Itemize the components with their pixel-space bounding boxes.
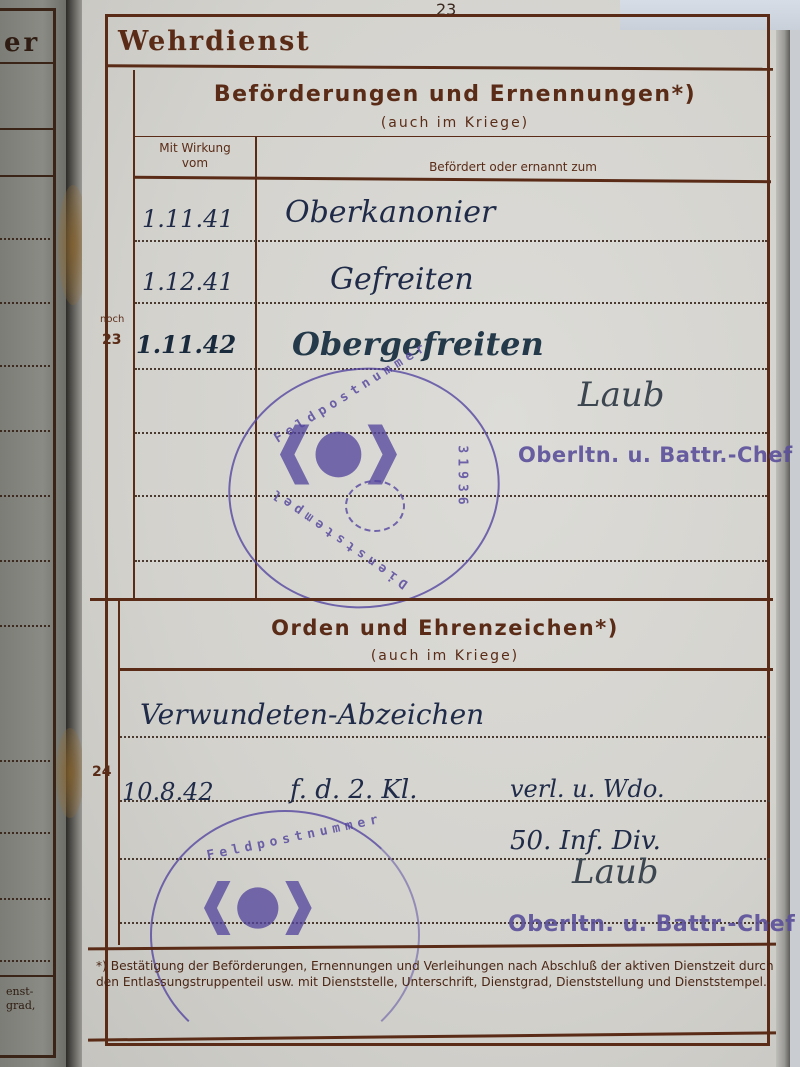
rank-stamp: Oberltn. u. Battr.-Chef (508, 912, 795, 937)
left-page-footer-fragment: enst- grad, (6, 985, 35, 1013)
promotion-date: 1.12.41 (142, 268, 234, 296)
decoration-award-note: verl. u. Wdo. (510, 775, 665, 803)
left-page-dotted-line (0, 960, 50, 962)
page-edge (776, 0, 790, 1067)
promotions-subheading: (auch im Kriege) (140, 115, 770, 131)
left-page-dotted-line (0, 625, 50, 627)
left-page-dotted-line (0, 495, 50, 497)
promotion-date: 1.11.42 (136, 330, 236, 359)
left-page-dotted-line (0, 302, 50, 304)
promotion-rank: Gefreiten (330, 262, 474, 297)
left-footer-line: grad, (6, 999, 35, 1013)
left-page-rule (0, 175, 54, 177)
column-header-rule (133, 136, 771, 137)
date-header-line: vom (136, 156, 254, 171)
rank-stamp: Oberltn. u. Battr.-Chef (518, 443, 793, 467)
left-page-rule (0, 128, 54, 130)
section-divider (90, 598, 773, 601)
decorations-heading: Orden und Ehrenzeichen*) (120, 616, 770, 640)
commander-signature: Laub (572, 852, 659, 892)
left-page-dotted-line (0, 560, 50, 562)
water-stain (56, 728, 84, 818)
row-number-column-divider (133, 70, 135, 600)
left-page-dotted-line (0, 898, 50, 900)
ruled-line (135, 240, 767, 242)
decorations-subheading: (auch im Kriege) (120, 648, 770, 664)
decoration-date: 10.8.42 (122, 778, 214, 806)
promotion-rank: Oberkanonier (285, 195, 495, 230)
eagle-emblem-icon: ❰●❱ (270, 415, 399, 485)
commander-signature: Laub (578, 375, 665, 415)
seal-ring-text: 31936 (455, 445, 470, 509)
row-number: 23 (102, 332, 121, 348)
rank-column-header: Befördert oder ernannt zum (258, 160, 768, 175)
left-page-frame (0, 8, 56, 1058)
promotions-heading: Beförderungen und Ernennungen*) (140, 82, 770, 107)
left-page-rule (0, 975, 54, 977)
row-label-prefix: noch (100, 314, 124, 325)
left-page-dotted-line (0, 365, 50, 367)
row-number: 24 (92, 764, 111, 780)
ruled-line (135, 302, 767, 304)
wreath-emblem-icon (345, 480, 405, 532)
decoration-class: f. d. 2. Kl. (290, 775, 417, 805)
left-page-rule (0, 62, 54, 64)
ruled-line (120, 800, 770, 802)
date-column-header: Mit Wirkung vom (136, 141, 254, 171)
ruled-line (135, 368, 767, 370)
left-page-dotted-line (0, 832, 50, 834)
date-header-line: Mit Wirkung (136, 141, 254, 156)
section-title: Wehrdienst (118, 26, 311, 57)
eagle-emblem-icon: ❰●❱ (195, 872, 315, 935)
decoration-name: Verwundeten-Abzeichen (140, 698, 484, 731)
decorations-header-rule (118, 668, 773, 671)
official-seal-stamp (150, 810, 420, 1060)
footnote: *) Bestätigung der Beförderungen, Ernenn… (96, 958, 776, 990)
left-footer-line: enst- (6, 985, 35, 999)
promotion-date: 1.11.41 (142, 205, 234, 233)
ruled-line (120, 736, 770, 738)
left-page-dotted-line (0, 430, 50, 432)
left-page-dotted-line (0, 238, 50, 240)
left-page-header-fragment: er (4, 28, 40, 58)
left-page-dotted-line (0, 760, 50, 762)
